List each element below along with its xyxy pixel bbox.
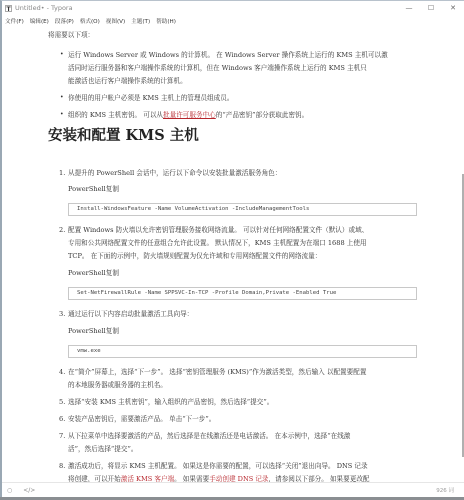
step-2-line-2: 专用和公共网络配置文件的任意组合允许此设置。 默认情况下，KMS 主机配置为在端… — [68, 238, 367, 248]
maximize-button[interactable]: ☐ — [420, 1, 442, 15]
menu-format[interactable]: 格式(O) — [78, 17, 103, 25]
step-8-line-2: 将创建，可以开始激活 KMS 客户端。 如果需要手动创建 DNS 记录，请参阅以… — [68, 474, 370, 482]
step-2: 2. 配置 Windows 防火墙以允许密钥管理服务接收网络流量。 可以针对任何… — [68, 225, 368, 235]
step-3: 3. 通过运行以下内容启动批量激活工具向导： — [68, 309, 193, 319]
step-1-text: 从提升的 PowerShell 会话中，运行以下命令以安装批量激活服务角色： — [68, 169, 281, 177]
step-1-code-block[interactable]: Install-WindowsFeature -Name VolumeActiv… — [68, 203, 417, 216]
menu-theme[interactable]: 主题(T) — [129, 17, 153, 25]
step-6-text: 安装产品密钥后，需要激活产品。 单击“下一步”。 — [68, 415, 215, 423]
step-7: 7. 从下拉菜单中选择要激活的产品，然后选择是在线激活还是电话激活。 在本示例中… — [68, 431, 350, 441]
step-6-number: 6. — [59, 414, 65, 424]
menu-edit[interactable]: 编辑(E) — [28, 17, 52, 25]
bullet-item-3-suffix: 的“产品密钥”部分获取此密钥。 — [216, 111, 308, 119]
step-8-line-1: 激活成功后，将显示 KMS 主机配置。 如果这是你需要的配置，可以选择“关闭”退… — [68, 462, 368, 470]
bullet-item-2: 你使用的用户帐户必须是 KMS 主机上的管理员组成员。 — [68, 93, 233, 103]
close-button[interactable]: ✕ — [442, 1, 464, 15]
step-6: 6. 安装产品密钥后，需要激活产品。 单击“下一步”。 — [68, 414, 215, 424]
volume-licensing-link[interactable]: 批量许可服务中心 — [163, 111, 216, 119]
step-7-line-2: 活”，然后选择“提交”。 — [68, 444, 137, 454]
source-code-mode-icon[interactable]: </> — [23, 487, 35, 494]
step-8: 8. 激活成功后，将显示 KMS 主机配置。 如果这是你需要的配置，可以选择“关… — [68, 461, 368, 471]
menu-file[interactable]: 文件(F) — [3, 17, 27, 25]
menu-view[interactable]: 视图(V) — [104, 17, 128, 25]
step-3-code-block[interactable]: vmw.exe — [68, 345, 417, 358]
step-4-number: 4. — [59, 367, 65, 377]
editor-content[interactable]: 将需要以下项： 运行 Windows Server 或 Windows 的计算机… — [2, 26, 464, 482]
step-8-line-2-a: 将创建，可以开始 — [68, 475, 121, 482]
step-2-number: 2. — [59, 225, 65, 235]
word-count[interactable]: 926 词 — [436, 486, 454, 494]
typora-window: T Untitled• - Typora — ☐ ✕ 文件(F) 编辑(E) 段… — [0, 0, 464, 497]
step-2-line-1: 配置 Windows 防火墙以允许密钥管理服务接收网络流量。 可以针对任何网络配… — [68, 226, 368, 234]
close-icon: ✕ — [450, 4, 456, 12]
maximize-icon: ☐ — [428, 4, 434, 12]
outline-toggle-icon[interactable]: ○ — [7, 487, 12, 494]
step-7-line-1: 从下拉菜单中选择要激活的产品，然后选择是在线激活还是电话激活。 在本示例中，选择… — [68, 432, 350, 440]
section-heading: 安装和配置 KMS 主机 — [48, 131, 199, 141]
step-3-code-label[interactable]: PowerShell复制 — [68, 326, 119, 336]
step-5-text: 选择“安装 KMS 主机密钥”，输入组织的产品密钥，然后选择“提交”。 — [68, 398, 273, 406]
step-4-line-1: 在“简介”屏幕上，选择“下一步”。 选择“密钥管理服务 (KMS)”作为激活类型… — [68, 368, 366, 376]
bullet-item-1-line-3: 能激活也运行客户端操作系统的计算机。 — [68, 76, 187, 86]
menu-bar: 文件(F) 编辑(E) 段落(P) 格式(O) 视图(V) 主题(T) 帮助(H… — [2, 15, 464, 26]
window-title: Untitled• - Typora — [15, 4, 73, 12]
step-3-text: 通过运行以下内容启动批量激活工具向导： — [68, 310, 193, 318]
step-3-number: 3. — [59, 309, 65, 319]
step-8-line-2-c: ，请参阅以下部分。 如果要更改配 — [269, 475, 370, 482]
step-2-code-label[interactable]: PowerShell复制 — [68, 268, 119, 278]
minimize-icon: — — [406, 4, 413, 12]
step-5-number: 5. — [59, 397, 65, 407]
bullet-item-1-line-2: 活同时运行服务器和客户端操作系统的计算机，但在 Windows 客户端操作系统上… — [68, 63, 367, 73]
typora-app-icon: T — [5, 5, 12, 12]
step-2-line-3: TCP。 在下面的示例中，防火墙规则配置为仅允许域和专用网络配置文件的网络流量： — [68, 251, 321, 261]
step-1-code-label[interactable]: PowerShell复制 — [68, 184, 119, 194]
step-1-number: 1. — [59, 168, 65, 178]
activate-kms-clients-link[interactable]: 激活 KMS 客户端 — [121, 475, 174, 482]
bullet-item-3-prefix: 组织的 KMS 主机密钥。 可以从 — [68, 111, 163, 119]
menu-help[interactable]: 帮助(H) — [154, 17, 179, 25]
step-8-number: 8. — [59, 461, 65, 471]
step-2-code-block[interactable]: Set-NetFirewallRule -Name SPPSVC-In-TCP … — [68, 287, 417, 300]
step-8-line-2-b: 。 如果需要 — [174, 475, 209, 482]
window-controls: — ☐ ✕ — [398, 1, 464, 15]
minimize-button[interactable]: — — [398, 1, 420, 15]
bullet-item-3: 组织的 KMS 主机密钥。 可以从批量许可服务中心的“产品密钥”部分获取此密钥。 — [68, 110, 308, 120]
intro-text: 将需要以下项： — [48, 30, 94, 40]
title-bar: T Untitled• - Typora — ☐ ✕ — [2, 1, 464, 15]
step-5: 5. 选择“安装 KMS 主机密钥”，输入组织的产品密钥，然后选择“提交”。 — [68, 397, 273, 407]
bullet-item-1-line-1: 运行 Windows Server 或 Windows 的计算机。 在 Wind… — [68, 50, 388, 60]
step-7-number: 7. — [59, 431, 65, 441]
menu-paragraph[interactable]: 段落(P) — [53, 17, 77, 25]
status-bar: ○ </> 926 词 — [2, 482, 464, 497]
step-4: 4. 在“简介”屏幕上，选择“下一步”。 选择“密钥管理服务 (KMS)”作为激… — [68, 367, 366, 377]
step-4-line-2: 的本地服务器或服务器的主机名。 — [68, 380, 167, 390]
step-1: 1. 从提升的 PowerShell 会话中，运行以下命令以安装批量激活服务角色… — [68, 168, 281, 178]
manual-dns-record-link[interactable]: 手动创建 DNS 记录 — [209, 475, 268, 482]
